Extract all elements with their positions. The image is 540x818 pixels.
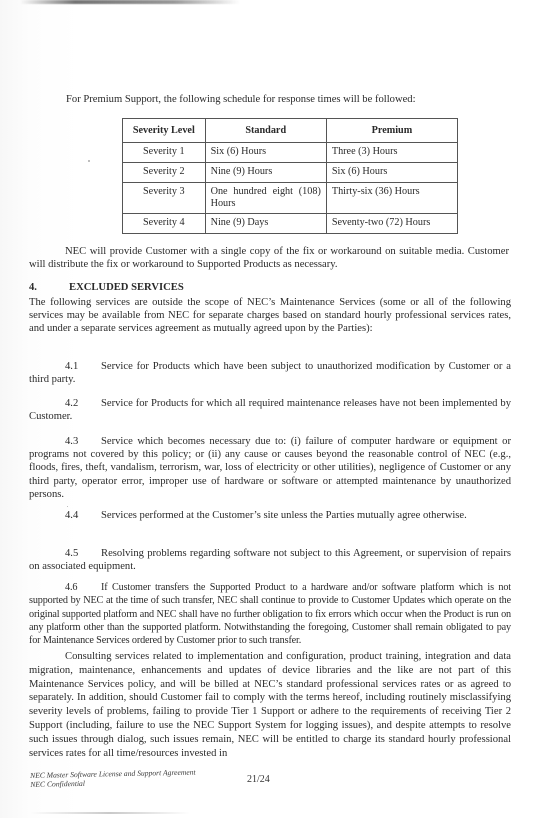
consulting-paragraph: Consulting services related to implement…	[29, 650, 511, 760]
premium-cell: Three (3) Hours	[326, 143, 457, 163]
schedule-intro: For Premium Support, the following sched…	[66, 93, 486, 106]
section-title: EXCLUDED SERVICES	[69, 282, 184, 293]
excluded-item: 4.3Service which becomes necessary due t…	[29, 435, 511, 501]
severity-level-cell: Severity 1	[123, 143, 206, 163]
item-text: If Customer transfers the Supported Prod…	[29, 582, 511, 646]
header-standard: Standard	[205, 119, 326, 143]
excluded-item: 4.1Service for Products which have been …	[29, 360, 511, 386]
severity-level-cell: Severity 3	[123, 183, 206, 214]
scan-shadow-top	[20, 0, 240, 4]
item-text: Service for Products which have been sub…	[29, 361, 511, 385]
page-number: 21/24	[247, 774, 270, 785]
scan-shadow-bottom	[30, 812, 190, 814]
fix-delivery-text: NEC will provide Customer with a single …	[29, 246, 509, 270]
document-page: For Premium Support, the following sched…	[0, 0, 540, 818]
excluded-item: 4.4Services performed at the Customer’s …	[29, 509, 511, 522]
premium-cell: Thirty-six (36) Hours	[326, 183, 457, 214]
item-number: 4.4	[65, 509, 101, 522]
section-intro: The following services are outside the s…	[29, 296, 511, 336]
item-number: 4.3	[65, 435, 101, 448]
table-row: Severity 4 Nine (9) Days Seventy-two (72…	[123, 214, 458, 234]
response-time-table: Severity Level Standard Premium Severity…	[122, 118, 458, 234]
item-text: Service for Products for which all requi…	[29, 398, 511, 422]
section-number: 4.	[29, 282, 69, 293]
standard-cell: One hundred eight (108) Hours	[205, 183, 326, 214]
item-number: 4.6	[65, 581, 101, 594]
item-text: Resolving problems regarding software no…	[29, 548, 511, 572]
table-header-row: Severity Level Standard Premium	[123, 119, 458, 143]
item-number: 4.1	[65, 360, 101, 373]
severity-level-cell: Severity 4	[123, 214, 206, 234]
premium-cell: Seventy-two (72) Hours	[326, 214, 457, 234]
scan-speck	[88, 160, 90, 162]
excluded-item: 4.5Resolving problems regarding software…	[29, 547, 511, 573]
item-number: 4.5	[65, 547, 101, 560]
excluded-item: 4.6If Customer transfers the Supported P…	[29, 581, 511, 647]
item-text: Services performed at the Customer’s sit…	[101, 510, 467, 521]
standard-cell: Six (6) Hours	[205, 143, 326, 163]
premium-cell: Six (6) Hours	[326, 163, 457, 183]
severity-level-cell: Severity 2	[123, 163, 206, 183]
header-severity-level: Severity Level	[123, 119, 206, 143]
item-text: Service which becomes necessary due to: …	[29, 436, 511, 500]
header-premium: Premium	[326, 119, 457, 143]
fix-delivery-paragraph: NEC will provide Customer with a single …	[29, 245, 509, 271]
excluded-item: 4.2Service for Products for which all re…	[29, 397, 511, 423]
consulting-text: Consulting services related to implement…	[29, 651, 511, 759]
standard-cell: Nine (9) Hours	[205, 163, 326, 183]
table-row: Severity 3 One hundred eight (108) Hours…	[123, 183, 458, 214]
item-number: 4.2	[65, 397, 101, 410]
table-row: Severity 2 Nine (9) Hours Six (6) Hours	[123, 163, 458, 183]
scan-speck	[67, 506, 68, 507]
section-heading: 4.EXCLUDED SERVICES	[29, 282, 184, 293]
standard-cell: Nine (9) Days	[205, 214, 326, 234]
table-row: Severity 1 Six (6) Hours Three (3) Hours	[123, 143, 458, 163]
footer-document-info: NEC Master Software License and Support …	[30, 768, 196, 789]
